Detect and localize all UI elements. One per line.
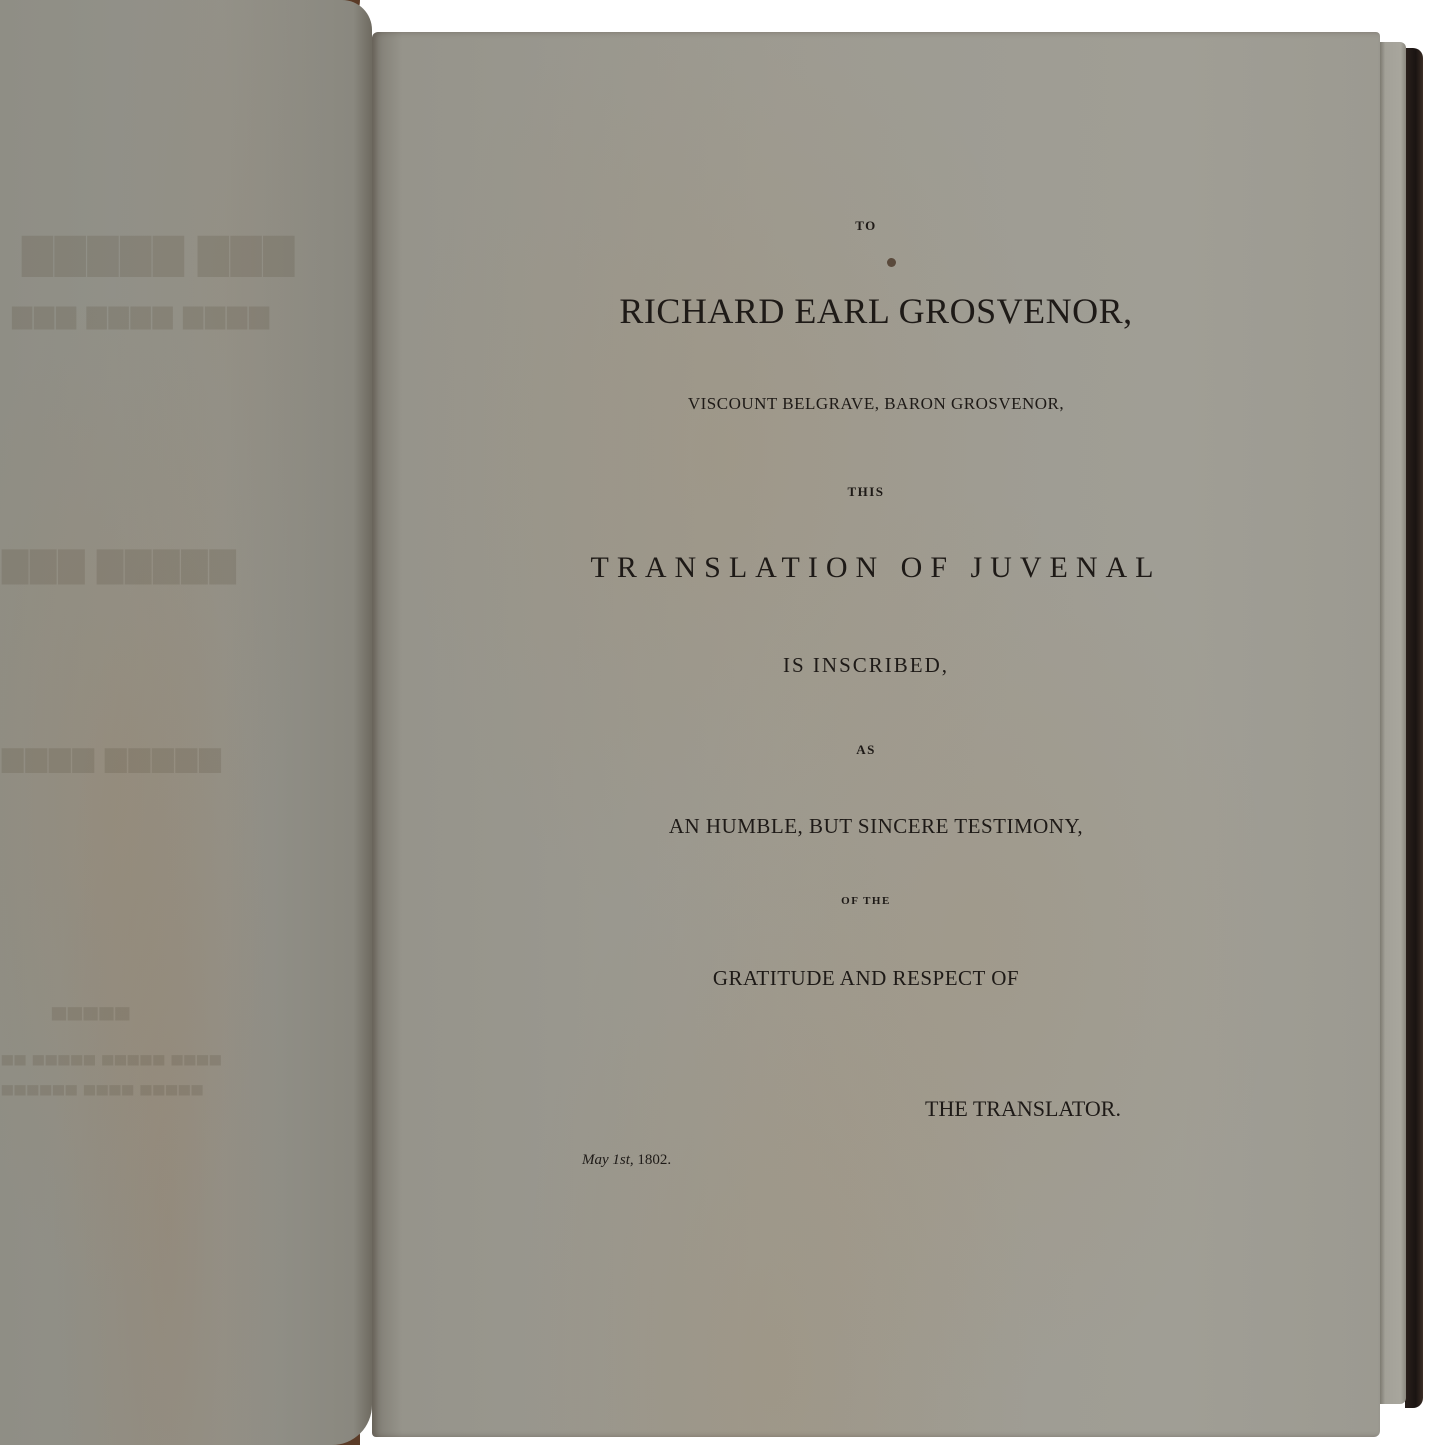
dedication-to: TO [362,218,1370,234]
show-through-text: ▆▆▆▆▆ ▆▆▆▆ [0,740,221,774]
show-through-text: ▇▇▇ ▇▇▇▇▇ [20,230,294,277]
date-month-day: May 1st, [582,1152,634,1168]
dedication-gratitude: GRATITUDE AND RESPECT OF [362,966,1370,991]
dedication-this: THIS [362,484,1370,500]
work-title: TRANSLATION OF JUVENAL [372,551,1380,585]
show-through-text: ▅▅▅▅ ▅▅▅▅▅ ▅▅▅▅▅ ▅▅ [0,1050,221,1067]
dedication-testimony: AN HUMBLE, BUT SINCERE TESTIMONY, [372,814,1380,839]
dedicatee-titles: VISCOUNT BELGRAVE, BARON GROSVENOR, [372,394,1380,414]
show-through-text: ▇▇▇▇▇ ▇▇▇ [0,545,236,585]
dedication-inscribed: IS INSCRIBED, [362,653,1370,678]
binding-right-edge [1405,48,1423,1408]
dedicatee-name: RICHARD EARL GROSVENOR, [372,290,1380,332]
show-through-text: ▆▆▆▆ ▆▆▆▆ ▆▆▆ [10,300,269,330]
dedication-as: AS [362,742,1370,758]
ink-spot [887,258,896,267]
open-book-photo: ▇▇▇ ▇▇▇▇▇ ▆▆▆▆ ▆▆▆▆ ▆▆▆ ▇▇▇▇▇ ▇▇▇ ▆▆▆▆▆ … [0,0,1445,1445]
show-through-text: ▅▅▅▅▅ [50,1000,129,1021]
dedication-of-the: OF THE [362,895,1370,907]
show-through-text: ▅▅▅▅▅ ▅▅▅▅ ▅▅▅▅▅▅ [0,1080,203,1097]
dedication-date: May 1st, 1802. [582,1152,671,1169]
date-year: 1802. [637,1152,671,1168]
left-page: ▇▇▇ ▇▇▇▇▇ ▆▆▆▆ ▆▆▆▆ ▆▆▆ ▇▇▇▇▇ ▇▇▇ ▆▆▆▆▆ … [0,0,372,1445]
page-fore-edge [1380,42,1406,1404]
signature-translator: THE TRANSLATOR. [925,1096,1121,1122]
right-page [372,32,1380,1437]
